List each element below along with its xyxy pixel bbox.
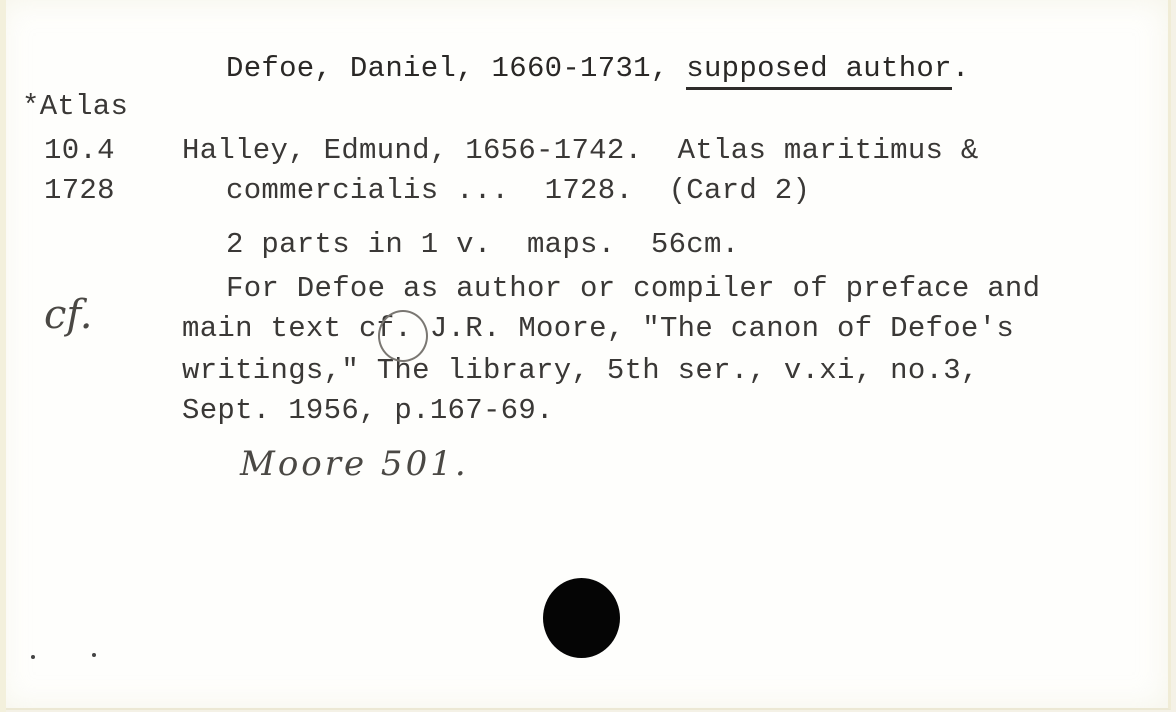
call-number-line-2: 10.4 bbox=[44, 134, 115, 167]
main-entry-line-1: Halley, Edmund, 1656-1742. Atlas maritim… bbox=[182, 134, 979, 167]
heading-period: . bbox=[952, 52, 970, 85]
speck bbox=[92, 653, 96, 657]
rod-hole bbox=[543, 578, 620, 658]
speck bbox=[31, 655, 35, 659]
subject-heading: Defoe, Daniel, 1660-1731, supposed autho… bbox=[226, 52, 970, 85]
handwritten-circle bbox=[378, 310, 428, 362]
note-line-2: main text cf. J.R. Moore, "The canon of … bbox=[182, 312, 1014, 345]
call-number-line-1: *Atlas bbox=[22, 90, 128, 123]
card-edge bbox=[0, 0, 6, 712]
catalog-card: *Atlas 10.4 1728 Defoe, Daniel, 1660-173… bbox=[0, 0, 1171, 710]
main-entry-line-2: commercialis ... 1728. (Card 2) bbox=[226, 174, 810, 207]
note-line-3: writings," The library, 5th ser., v.xi, … bbox=[182, 354, 979, 387]
call-number-line-3: 1728 bbox=[44, 174, 115, 207]
note-line-4: Sept. 1956, p.167-69. bbox=[182, 394, 554, 427]
note-line-1: For Defoe as author or compiler of prefa… bbox=[226, 272, 1040, 305]
heading-underlined: supposed author bbox=[686, 52, 952, 90]
heading-text: Defoe, Daniel, 1660-1731, bbox=[226, 52, 686, 85]
handwritten-margin-note: cf. bbox=[44, 292, 93, 338]
handwritten-bottom-note: Moore 501. bbox=[240, 444, 469, 484]
collation: 2 parts in 1 v. maps. 56cm. bbox=[226, 228, 739, 261]
